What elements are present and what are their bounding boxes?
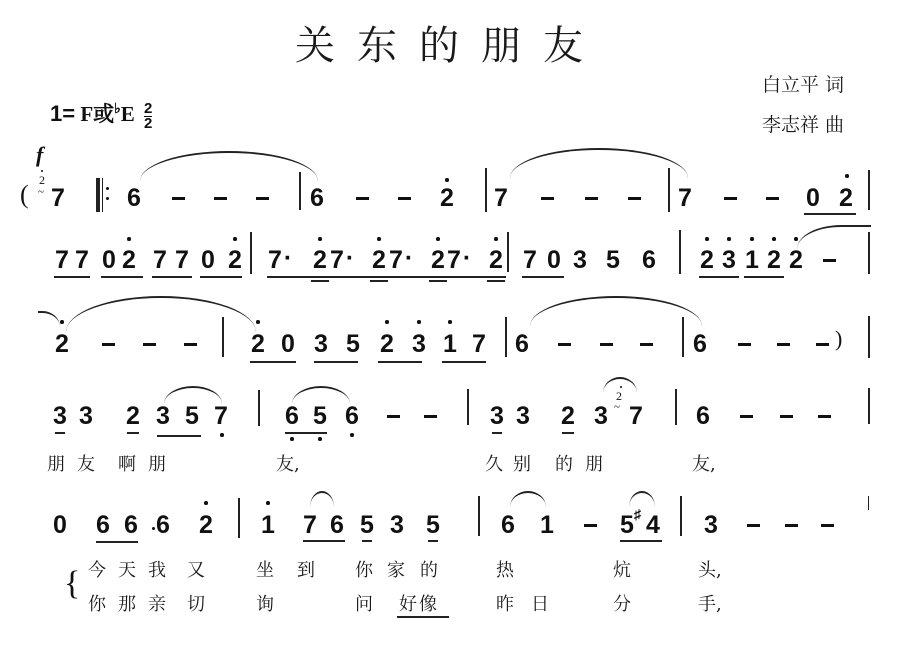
dash	[387, 415, 400, 418]
note: 7	[493, 184, 509, 212]
underline	[428, 540, 438, 542]
underline-double	[429, 280, 447, 282]
note: 7	[267, 246, 283, 274]
barline	[868, 316, 870, 358]
note: 6	[309, 184, 325, 212]
barline	[668, 168, 670, 212]
octave-dot	[494, 237, 498, 241]
tie	[140, 151, 318, 181]
barline	[258, 390, 260, 426]
slur	[629, 491, 655, 507]
tie	[510, 148, 688, 178]
note: 0	[280, 330, 296, 358]
repeat-start-thick	[96, 178, 100, 212]
lyric-verse1: 又	[187, 556, 205, 582]
barline	[222, 317, 224, 357]
barline	[299, 172, 301, 210]
underline	[562, 432, 574, 434]
note: 2	[838, 184, 854, 212]
octave-dot	[233, 237, 237, 241]
underline	[152, 276, 192, 278]
underline	[378, 361, 422, 363]
note: 3	[52, 402, 68, 430]
note: 2	[699, 246, 715, 274]
augmentation-dot: ·	[283, 244, 293, 272]
note: 6	[344, 402, 360, 430]
octave-dot	[318, 237, 322, 241]
dash	[356, 197, 369, 200]
lyric: 久	[485, 450, 503, 476]
note: 5	[619, 511, 635, 539]
barline	[250, 232, 252, 274]
tie	[530, 296, 702, 326]
underline	[127, 432, 139, 434]
slur	[310, 491, 334, 507]
lyric-verse2: 问	[355, 590, 373, 616]
barline	[485, 168, 487, 212]
octave-dot	[727, 237, 731, 241]
octave-dot	[60, 320, 64, 324]
octave-dot	[448, 320, 452, 324]
note: 2	[560, 402, 576, 430]
lyric-verse1: 炕	[613, 556, 631, 582]
note: 5	[184, 402, 200, 430]
verse-brace: {	[64, 565, 80, 603]
note: 7	[54, 246, 70, 274]
dynamic-forte: f	[36, 142, 43, 168]
repeat-dot	[106, 197, 109, 200]
note: 0	[101, 246, 117, 274]
octave-dot	[750, 237, 754, 241]
note: 7	[174, 246, 190, 274]
dash	[785, 524, 798, 527]
barline	[679, 230, 681, 274]
note: 7	[152, 246, 168, 274]
underline	[267, 276, 331, 278]
dash	[747, 524, 760, 527]
note: 5	[605, 246, 621, 274]
underline	[522, 276, 564, 278]
note: 3	[389, 511, 405, 539]
note: 3	[572, 246, 588, 274]
note: 2	[430, 246, 446, 274]
note: 0	[52, 511, 68, 539]
underline	[362, 540, 372, 542]
barline	[680, 496, 682, 536]
key-f: F或	[80, 102, 114, 126]
dash	[640, 343, 653, 346]
dash	[585, 197, 598, 200]
note: 2	[125, 402, 141, 430]
lyric: 别	[513, 450, 531, 476]
note: 6	[692, 330, 708, 358]
flat-icon: ♭	[114, 102, 121, 117]
note: 7	[471, 330, 487, 358]
time-bottom: 2	[144, 116, 152, 131]
note: 0	[546, 246, 562, 274]
note: 3	[489, 402, 505, 430]
lyric-verse1: 坐	[256, 556, 274, 582]
lyric-verse1: 你	[355, 556, 373, 582]
lyric: 友	[77, 450, 95, 476]
octave-dot	[385, 320, 389, 324]
barline	[682, 317, 684, 357]
note: 6	[95, 511, 111, 539]
dash	[600, 343, 613, 346]
underline	[250, 361, 296, 363]
repeat-dot	[106, 187, 109, 190]
note: 3	[155, 402, 171, 430]
note: 1	[539, 511, 555, 539]
dash	[628, 197, 641, 200]
tie	[66, 296, 256, 332]
note: 5	[359, 511, 375, 539]
open-parenthesis: (	[20, 180, 29, 210]
key-e: E	[121, 102, 135, 126]
note: 2	[439, 184, 455, 212]
note: 6	[641, 246, 657, 274]
note: 6	[284, 402, 300, 430]
lyric: 朋	[148, 450, 166, 476]
note: 7	[329, 246, 345, 274]
note: 7	[677, 184, 693, 212]
dash	[541, 197, 554, 200]
octave-dot	[794, 237, 798, 241]
lyric: 朋	[585, 450, 603, 476]
lyric-verse1: 家	[387, 556, 405, 582]
octave-dot	[845, 174, 849, 178]
lyric: 友,	[276, 450, 300, 476]
augmentation-dot: ·	[404, 244, 414, 272]
lyric-verse2: 手,	[698, 590, 722, 616]
note: 3	[703, 511, 719, 539]
octave-dot	[436, 237, 440, 241]
lyric: 啊	[118, 450, 136, 476]
augmentation-dot: ·	[462, 244, 472, 272]
underline	[442, 361, 486, 363]
underline	[157, 435, 201, 437]
underline	[101, 276, 143, 278]
underline	[744, 276, 784, 278]
barline	[238, 498, 240, 538]
lyric-verse2: 日	[531, 590, 549, 616]
lyric-verse2: 好像	[399, 590, 439, 616]
note: 6	[695, 402, 711, 430]
note: 7	[446, 246, 462, 274]
note: 0	[200, 246, 216, 274]
barline	[868, 170, 870, 210]
octave-dot	[41, 170, 43, 172]
octave-dot	[417, 320, 421, 324]
note: 6	[329, 511, 345, 539]
underline-double	[370, 280, 388, 282]
note: 7	[74, 246, 90, 274]
lyric: 朋	[47, 450, 65, 476]
dash	[818, 415, 831, 418]
time-top: 2	[144, 102, 152, 116]
note: 5	[425, 511, 441, 539]
note: 2	[379, 330, 395, 358]
dash	[740, 415, 753, 418]
lyric-verse1: 热	[496, 556, 514, 582]
barline	[478, 496, 480, 536]
note: 2	[250, 330, 266, 358]
note: 3	[313, 330, 329, 358]
dash	[424, 415, 437, 418]
note: 6	[514, 330, 530, 358]
composer-credit: 李志祥 曲	[762, 110, 844, 137]
octave-dot	[266, 501, 270, 505]
lower-octave-dot	[350, 433, 354, 437]
grace-curl-icon: ~	[614, 401, 620, 413]
octave-dot	[127, 237, 131, 241]
note: 2	[488, 246, 504, 274]
tie-start	[797, 225, 871, 249]
note: 2	[371, 246, 387, 274]
augmentation-dot: ·	[345, 244, 355, 272]
note: 0	[805, 184, 821, 212]
note: 6	[123, 511, 139, 539]
dash	[143, 343, 156, 346]
note: 1	[260, 511, 276, 539]
note: 2	[198, 511, 214, 539]
note: 3	[411, 330, 427, 358]
dash	[823, 259, 836, 262]
dash	[172, 197, 185, 200]
note: 2	[312, 246, 328, 274]
barline	[868, 388, 870, 424]
dash	[816, 343, 829, 346]
dash	[558, 343, 571, 346]
note: 3	[721, 246, 737, 274]
note: 6	[155, 511, 171, 539]
dash	[184, 343, 197, 346]
underline	[314, 361, 358, 363]
note: 7	[50, 184, 66, 212]
lyric-verse1: 的	[420, 556, 438, 582]
lyric: 的	[555, 450, 573, 476]
octave-dot	[445, 178, 449, 182]
lyric-verse2: 你	[88, 590, 106, 616]
sharp-icon: ♯	[634, 508, 641, 524]
octave-dot	[705, 237, 709, 241]
underline	[329, 276, 389, 278]
lyric: 友,	[692, 450, 716, 476]
lyric-verse1: 到	[297, 556, 315, 582]
note: 2	[227, 246, 243, 274]
lower-octave-dot	[318, 437, 322, 441]
barline	[467, 389, 469, 425]
note: 7	[302, 511, 318, 539]
key-signature: 1= F或♭E 22	[50, 98, 152, 131]
underline	[388, 276, 448, 278]
underline	[285, 432, 327, 434]
lyric-verse1: 天	[118, 556, 136, 582]
barline	[507, 232, 509, 272]
dash	[766, 197, 779, 200]
dash	[724, 197, 737, 200]
note: 6	[126, 184, 142, 212]
dash	[398, 197, 411, 200]
lyric-verse2: 那	[118, 590, 136, 616]
song-title: 关东的朋友	[0, 14, 900, 71]
dash	[777, 343, 790, 346]
note: 4	[645, 511, 661, 539]
underline	[699, 276, 739, 278]
note: 3	[593, 402, 609, 430]
key-one-equals: 1=	[50, 101, 75, 126]
underline	[446, 276, 506, 278]
note: 7	[213, 402, 229, 430]
underline	[55, 432, 65, 434]
slur	[510, 491, 546, 507]
dash	[780, 415, 793, 418]
lyric-verse2: 亲	[148, 590, 166, 616]
close-parenthesis: )	[835, 326, 842, 352]
note: 5	[312, 402, 328, 430]
lower-octave-dot	[290, 437, 294, 441]
barline	[675, 389, 677, 425]
lyric-verse2: 昨	[496, 590, 514, 616]
octave-dot	[772, 237, 776, 241]
note: 7	[388, 246, 404, 274]
underline	[804, 213, 856, 215]
dash	[584, 524, 597, 527]
lyric-underline	[397, 616, 449, 618]
note: 7	[628, 402, 644, 430]
lyric-verse2: 分	[613, 590, 631, 616]
note: 1	[744, 246, 760, 274]
barline	[505, 317, 507, 357]
dash	[821, 524, 834, 527]
note: 3	[515, 402, 531, 430]
lyricist-credit: 白立平 词	[762, 70, 844, 97]
grace-curl-icon: ~	[38, 186, 44, 198]
dash	[256, 197, 269, 200]
dash	[214, 197, 227, 200]
underline-double	[487, 280, 505, 282]
lyric-verse1: 我	[148, 556, 166, 582]
barline-partial	[868, 496, 869, 510]
tie-end	[38, 311, 60, 327]
note: 2	[766, 246, 782, 274]
underline	[303, 540, 345, 542]
underline	[492, 432, 502, 434]
barline	[868, 232, 870, 274]
note: 7	[522, 246, 538, 274]
note: 6	[500, 511, 516, 539]
underline	[54, 276, 90, 278]
octave-dot	[620, 386, 622, 388]
dash	[738, 343, 751, 346]
dash	[102, 343, 115, 346]
underline	[96, 541, 138, 543]
underline-double	[311, 280, 329, 282]
time-signature: 22	[144, 102, 152, 131]
repeat-start-thin	[102, 178, 103, 212]
lyric-verse1: 头,	[698, 556, 722, 582]
underline	[620, 540, 662, 542]
lyric-verse1: 今	[88, 556, 106, 582]
note: 5	[345, 330, 361, 358]
underline	[200, 276, 242, 278]
note: 1	[442, 330, 458, 358]
note: 2	[54, 330, 70, 358]
note: 2	[121, 246, 137, 274]
octave-dot	[256, 320, 260, 324]
octave-dot	[377, 237, 381, 241]
lyric-verse2: 询	[256, 590, 274, 616]
octave-dot	[204, 501, 208, 505]
lower-octave-dot	[220, 433, 224, 437]
note: 3	[78, 402, 94, 430]
lyric-verse2: 切	[187, 590, 205, 616]
note: 2	[788, 246, 804, 274]
